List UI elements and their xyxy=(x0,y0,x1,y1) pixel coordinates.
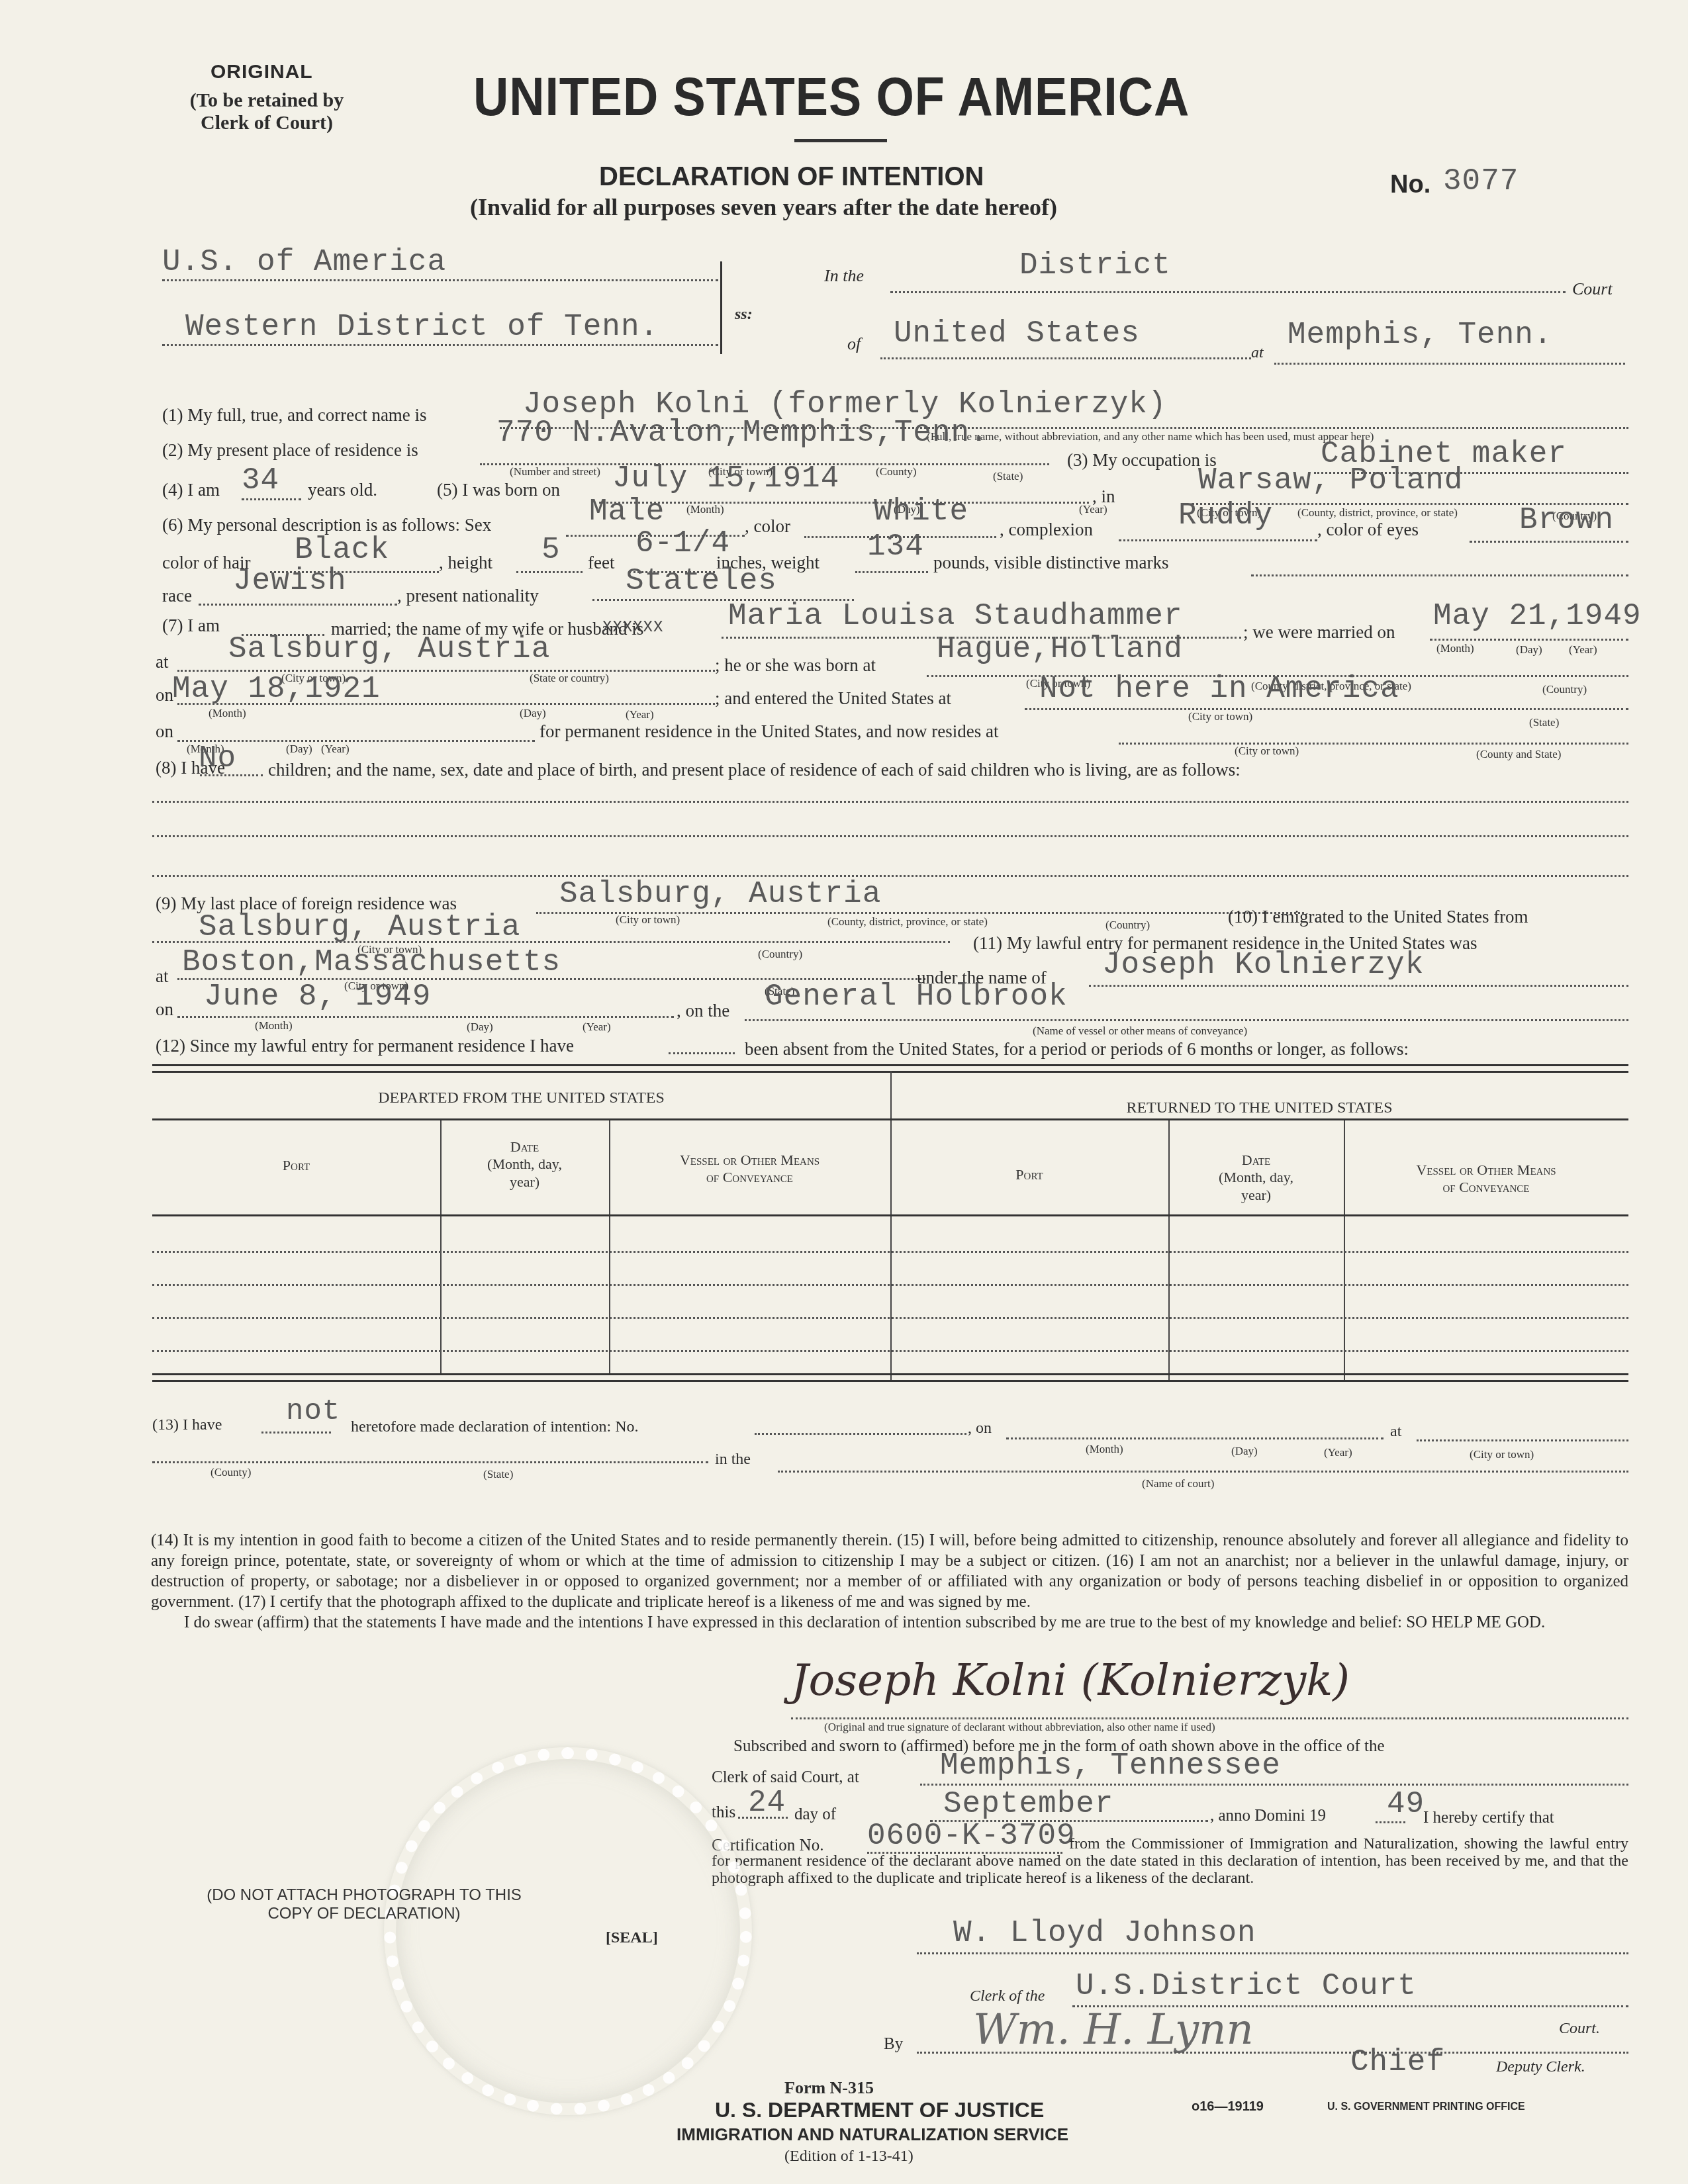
spouse-name-value: Maria Louisa Staudhammer xyxy=(728,599,1183,633)
returned-port-header: Port xyxy=(890,1166,1168,1183)
q7-label: (7) I am xyxy=(162,615,220,636)
court-type-value: District xyxy=(1019,248,1171,283)
embossed-seal xyxy=(384,1747,752,2115)
clerk-of-the-label: Clerk of the xyxy=(970,1987,1045,2005)
q13-county-line xyxy=(152,1461,708,1463)
vessel-value: General Holbrook xyxy=(765,979,1068,1014)
entered-caption-state: (State) xyxy=(1529,716,1559,729)
table-row[interactable] xyxy=(152,1350,1628,1352)
nationality-value: Stateles xyxy=(626,564,777,598)
returned-vessel-header: Vessel or Other Means of Conveyance xyxy=(1344,1161,1628,1197)
invalid-note: (Invalid for all purposes seven years af… xyxy=(470,193,1057,221)
vessel-line xyxy=(745,1019,1628,1021)
q13-caption-state: (State) xyxy=(483,1468,513,1481)
deputy-signature: Wm. H. Lynn xyxy=(973,2005,1254,2054)
photo-note-line-2: COPY OF DECLARATION) xyxy=(159,1905,569,1923)
declarant-signature: Joseph Kolni (Kolnierzyk) xyxy=(791,1655,1350,1706)
entry-date-line xyxy=(177,1016,674,1018)
q11-at-label: at xyxy=(156,966,169,987)
height-feet-line xyxy=(516,571,583,573)
departed-date-header-1: Date xyxy=(440,1138,609,1156)
spouse-born-on-value: May 18,1921 xyxy=(172,672,381,706)
q5-caption-county: (County, district, province, or state) xyxy=(1297,506,1458,520)
departed-vessel-header-1: Vessel or Other Means xyxy=(609,1152,890,1169)
year-line xyxy=(1376,1821,1405,1823)
children-line-3 xyxy=(152,875,1628,877)
q13-value: not xyxy=(286,1395,340,1428)
q5-caption-month: (Month) xyxy=(686,503,724,516)
q13-city-line xyxy=(1417,1439,1628,1441)
nationality-label: , present nationality xyxy=(397,586,539,606)
complexion-label: , complexion xyxy=(1000,520,1093,540)
photo-note-line-1: (DO NOT ATTACH PHOTOGRAPH TO THIS xyxy=(159,1886,569,1905)
clerk-at-line xyxy=(920,1784,1628,1786)
returned-date-header: Date (Month, day, year) xyxy=(1168,1152,1344,1204)
eyes-label: , color of eyes xyxy=(1317,520,1419,540)
table-column-header-rule xyxy=(152,1214,1628,1216)
venue-district-line xyxy=(162,344,718,346)
clerk-at-value: Memphis, Tennessee xyxy=(940,1749,1281,1783)
perm-res-label: for permanent residence in the United St… xyxy=(539,721,999,742)
children-line-1 xyxy=(152,801,1628,803)
spouse-born-on-line xyxy=(177,703,715,705)
venue-district: Western District of Tenn. xyxy=(185,310,659,344)
height-label: , height xyxy=(439,553,492,573)
q13-number-line xyxy=(755,1433,966,1435)
emigrated-from-value: Salsburg, Austria xyxy=(199,910,520,944)
departed-vessel-header: Vessel or Other Means of Conveyance xyxy=(609,1152,890,1187)
color-label: , color xyxy=(745,516,790,537)
q4-suffix: years old. xyxy=(308,480,377,500)
race-label: race xyxy=(162,586,192,606)
edition-note: (Edition of 1-13-41) xyxy=(784,2148,914,2165)
departed-date-header-2: (Month, day, xyxy=(440,1156,609,1173)
entry-name-line xyxy=(1089,985,1628,987)
year-suffix-value: 49 xyxy=(1387,1787,1425,1821)
spouse-born-value: Hague,Holland xyxy=(937,632,1183,666)
color-value: White xyxy=(874,494,968,529)
q5-in-label: , in xyxy=(1092,486,1115,507)
q5-label: (5) I was born on xyxy=(437,480,560,500)
declaration-subtitle: DECLARATION OF INTENTION xyxy=(599,162,984,192)
married-at-caption-state: (State or country) xyxy=(530,672,609,685)
resides-caption-city: (City or town) xyxy=(1235,745,1299,758)
ss-label: ss: xyxy=(735,306,753,324)
form-number: Form N-315 xyxy=(784,2078,874,2098)
in-the-label: In the xyxy=(824,266,864,286)
emigrated-from-line xyxy=(152,941,950,943)
spouse-born-on-caption-month: (Month) xyxy=(209,707,246,720)
court-suffix-label: Court. xyxy=(1559,2020,1600,2038)
married-on-value: May 21,1949 xyxy=(1433,599,1642,633)
day-line xyxy=(738,1817,788,1819)
document-title: UNITED STATES OF AMERICA xyxy=(473,66,1190,128)
entered-on-caption-day: (Day) xyxy=(286,743,312,756)
returned-date-header-3: year) xyxy=(1168,1187,1344,1204)
certify-label: I hereby certify that xyxy=(1423,1809,1554,1827)
q2-caption-state: (State) xyxy=(993,470,1023,483)
spouse-born-caption-country: (Country) xyxy=(1542,683,1587,696)
last-residence-value: Salsburg, Austria xyxy=(559,877,881,911)
q11-on-caption-day: (Day) xyxy=(467,1021,493,1034)
service-name: IMMIGRATION AND NATURALIZATION SERVICE xyxy=(677,2124,1068,2145)
deputy-label: Deputy Clerk. xyxy=(1496,2058,1585,2076)
anno-label: , anno Domini 19 xyxy=(1210,1807,1326,1825)
married-at-label: at xyxy=(156,652,169,672)
returned-vessel-header-2: of Conveyance xyxy=(1344,1179,1628,1196)
weight-value: 134 xyxy=(867,529,924,564)
height-feet-value: 5 xyxy=(541,533,561,567)
day-of-label: day of xyxy=(794,1805,836,1824)
print-code: o16—19119 xyxy=(1192,2099,1264,2115)
spouse-born-on-label: on xyxy=(156,685,173,705)
children-value: No xyxy=(199,741,236,776)
entered-at-value: Not here in America xyxy=(1039,672,1399,706)
q13-label: (13) I have xyxy=(152,1416,222,1434)
q13-caption-court: (Name of court) xyxy=(1142,1477,1215,1490)
table-row[interactable] xyxy=(152,1284,1628,1286)
month-value: September xyxy=(943,1787,1113,1821)
deputy-signature-line xyxy=(917,2052,1628,2054)
returned-date-header-2: (Month, day, xyxy=(1168,1169,1344,1186)
clerk-court-value: U.S.District Court xyxy=(1076,1969,1417,2003)
title-rule xyxy=(794,139,887,142)
feet-label: feet xyxy=(588,553,614,573)
table-row[interactable] xyxy=(152,1317,1628,1319)
q13-in-the-label: in the xyxy=(715,1451,751,1469)
q8-text: children; and the name, sex, date and pl… xyxy=(268,760,1241,780)
q13-caption-month: (Month) xyxy=(1086,1443,1123,1456)
entered-on-caption-year: (Year) xyxy=(321,743,350,756)
original-note-line-2: Clerk of Court) xyxy=(158,112,376,134)
birth-date-value: July 15,1914 xyxy=(612,461,839,496)
venue-brace xyxy=(720,261,725,354)
q3-label: (3) My occupation is xyxy=(1067,450,1217,471)
pounds-label: pounds, visible distinctive marks xyxy=(933,553,1168,573)
original-note: (To be retained by Clerk of Court) xyxy=(158,89,376,134)
q13-caption-city: (City or town) xyxy=(1470,1448,1534,1461)
this-label: this xyxy=(712,1803,735,1822)
race-value: Jewish xyxy=(233,564,347,598)
q13-date-line xyxy=(1006,1437,1383,1439)
entered-caption-city: (City or town) xyxy=(1188,710,1252,723)
venue-country-line xyxy=(162,279,718,281)
married-on-line xyxy=(1430,639,1628,641)
q10-label: (10) I emigrated to the United States fr… xyxy=(1228,907,1528,927)
q13-value-line xyxy=(261,1432,331,1433)
departed-date-header: Date (Month, day, year) xyxy=(440,1138,609,1191)
table-subheader-rule xyxy=(152,1118,1628,1120)
table-bottom-rule-2 xyxy=(152,1380,1628,1382)
court-type-line xyxy=(890,291,1566,293)
entered-label: ; and entered the United States at xyxy=(715,688,951,709)
resides-line xyxy=(1119,743,1628,745)
returned-date-header-1: Date xyxy=(1168,1152,1344,1169)
clerk-name-line xyxy=(917,1952,1628,1954)
original-label: ORIGINAL xyxy=(211,61,313,83)
q12-have-line xyxy=(669,1052,735,1054)
q13-caption-year: (Year) xyxy=(1324,1446,1352,1459)
q10-caption-country: (Country) xyxy=(758,948,802,961)
married-on-label: ; we were married on xyxy=(1243,622,1395,643)
married-caption-day: (Day) xyxy=(1516,643,1542,657)
cert-text: from the Commissioner of Immigration and… xyxy=(712,1835,1628,1887)
q11-vessel-label: , on the xyxy=(677,1001,729,1021)
q11-on-caption-year: (Year) xyxy=(583,1021,611,1034)
table-bottom-rule-1 xyxy=(152,1373,1628,1375)
declaration-number: 3077 xyxy=(1443,164,1519,199)
q1-caption: (Full, true name, without abbreviation, … xyxy=(927,430,1374,443)
court-at-line xyxy=(1274,363,1625,365)
q13-caption-county: (County) xyxy=(211,1466,251,1479)
complexion-value: Ruddy xyxy=(1178,498,1273,533)
q13-caption-day: (Day) xyxy=(1231,1445,1258,1458)
married-at-value: Salsburg, Austria xyxy=(228,632,550,666)
departed-vessel-header-2: of Conveyance xyxy=(609,1169,890,1186)
race-line xyxy=(199,604,397,606)
q2-caption-street: (Number and street) xyxy=(510,465,600,478)
clerk-at-label: Clerk of said Court, at xyxy=(712,1768,859,1787)
court-of-value: United States xyxy=(894,316,1140,351)
age-line xyxy=(242,498,301,500)
q11-vessel-caption: (Name of vessel or other means of convey… xyxy=(1033,1024,1247,1038)
q9-caption-county: (County, district, province, or state) xyxy=(827,915,988,929)
eyes-value: Brown xyxy=(1519,503,1614,537)
married-caption-year: (Year) xyxy=(1569,643,1597,657)
returned-header: RETURNED TO THE UNITED STATES xyxy=(890,1099,1628,1118)
spouse-born-on-caption-day: (Day) xyxy=(520,707,546,720)
departed-port-header: Port xyxy=(152,1157,440,1174)
entered-on-label: on xyxy=(156,721,173,742)
spouse-born-label: ; he or she was born at xyxy=(715,655,876,676)
married-caption-month: (Month) xyxy=(1436,642,1474,655)
entered-at-line xyxy=(1025,708,1628,710)
departed-header: DEPARTED FROM THE UNITED STATES xyxy=(152,1089,890,1108)
venue-country: U.S. of America xyxy=(162,245,446,279)
eyes-line xyxy=(1470,541,1628,543)
age-value: 34 xyxy=(242,463,279,498)
spouse-born-on-caption-year: (Year) xyxy=(626,708,654,721)
of-label: of xyxy=(847,334,861,354)
deputy-title-value: Chief xyxy=(1350,2045,1445,2079)
entry-date-value: June 8, 1949 xyxy=(204,979,431,1014)
oath-swear: I do swear (affirm) that the statements … xyxy=(151,1612,1628,1633)
signature-caption: (Original and true signature of declaran… xyxy=(824,1721,1215,1734)
returned-vessel-header-1: Vessel or Other Means xyxy=(1344,1161,1628,1179)
table-top-rule-1 xyxy=(152,1064,1628,1066)
resides-caption-county: (County and State) xyxy=(1476,748,1561,761)
entry-name-value: Joseph Kolnierzyk xyxy=(1102,948,1424,982)
children-count-line xyxy=(200,774,263,776)
seal-label: [SEAL] xyxy=(606,1929,658,1947)
at-label: at xyxy=(1251,344,1264,362)
printer-name: U. S. GOVERNMENT PRINTING OFFICE xyxy=(1327,2101,1525,2113)
q13-on-label: , on xyxy=(968,1420,992,1437)
birth-date-line xyxy=(599,502,1089,504)
clerk-name-value: W. Lloyd Johnson xyxy=(953,1916,1256,1950)
q11-on-caption-month: (Month) xyxy=(255,1019,293,1032)
number-label: No. xyxy=(1390,171,1430,199)
q2-caption-county: (County) xyxy=(876,465,916,478)
court-at-value: Memphis, Tenn. xyxy=(1288,318,1552,352)
q12-label: (12) Since my lawful entry for permanent… xyxy=(156,1036,574,1056)
weight-line xyxy=(855,571,928,573)
marks-line xyxy=(1251,574,1628,576)
q13-text: heretofore made declaration of intention… xyxy=(351,1418,639,1436)
table-row[interactable] xyxy=(152,1251,1628,1253)
departed-date-header-3: year) xyxy=(440,1173,609,1191)
q13-at-label: at xyxy=(1390,1423,1401,1441)
original-note-line-1: (To be retained by xyxy=(158,89,376,112)
q11-on-label: on xyxy=(156,999,173,1020)
q1-label: (1) My full, true, and correct name is xyxy=(162,405,427,426)
residence-value: 770 N.Avalon,Memphis,Tenn. xyxy=(496,416,989,450)
q4-label: (4) I am xyxy=(162,480,220,500)
q12-text: been absent from the United States, for … xyxy=(745,1039,1409,1060)
hair-value: Black xyxy=(295,533,389,567)
birth-place-value-shown: Warsaw, Poland xyxy=(1198,463,1463,498)
photo-note: (DO NOT ATTACH PHOTOGRAPH TO THIS COPY O… xyxy=(159,1886,569,1923)
q9-caption-city: (City or town) xyxy=(616,913,680,927)
q13-court-line xyxy=(778,1471,1628,1473)
day-value: 24 xyxy=(748,1786,786,1820)
q7-strikeout: XXXXXX xyxy=(602,619,663,637)
entry-port-value: Boston,Massachusetts xyxy=(182,945,561,979)
department-name: U. S. DEPARTMENT OF JUSTICE xyxy=(715,2098,1044,2122)
complexion-line xyxy=(1119,539,1317,541)
court-of-line xyxy=(880,357,1251,359)
q9-caption-country: (Country) xyxy=(1105,919,1150,932)
oath-paragraph: (14) It is my intention in good faith to… xyxy=(151,1530,1628,1612)
q2-label: (2) My present place of residence is xyxy=(162,440,418,461)
children-line-2 xyxy=(152,835,1628,837)
sex-value: Male xyxy=(589,494,665,529)
by-label: By xyxy=(884,2035,903,2054)
court-label: Court xyxy=(1572,279,1613,299)
declarant-signature-line xyxy=(791,1717,1628,1719)
